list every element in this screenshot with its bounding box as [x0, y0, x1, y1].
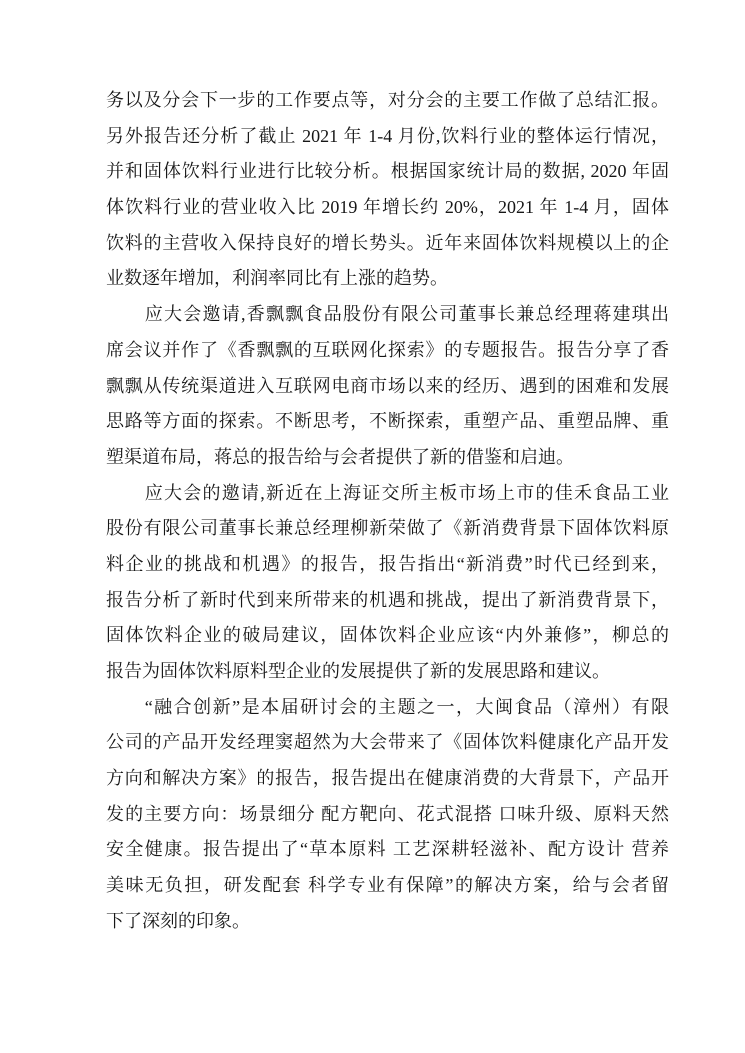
text-line: 体饮料行业的营业收入比 2019 年增长约 20%，2021 年 1-4 月，固… [106, 190, 669, 226]
text-line: 料企业的挑战和机遇》的报告，报告指出“新消费”时代已经到来， [106, 547, 669, 583]
text-line: 方向和解决方案》的报告，报告提出在健康消费的大背景下，产品开 [106, 761, 669, 797]
text-line: 塑渠道布局，蒋总的报告给与会者提供了新的借鉴和启迪。 [106, 440, 669, 476]
paragraph: 应大会的邀请,新近在上海证交所主板市场上市的佳禾食品工业股份有限公司董事长兼总经… [106, 476, 669, 690]
text-line: 席会议并作了《香飘飘的互联网化探索》的专题报告。报告分享了香 [106, 333, 669, 369]
text-line: 务以及分会下一步的工作要点等，对分会的主要工作做了总结汇报。 [106, 83, 669, 119]
text-line: 发的主要方向：场景细分 配方靶向、花式混搭 口味升级、原料天然 [106, 797, 669, 833]
text-line: 应大会的邀请,新近在上海证交所主板市场上市的佳禾食品工业 [106, 476, 669, 512]
text-line: 思路等方面的探索。不断思考，不断探索，重塑产品、重塑品牌、重 [106, 404, 669, 440]
text-line: 另外报告还分析了截止 2021 年 1-4 月份,饮料行业的整体运行情况， [106, 119, 669, 155]
text-line: 并和固体饮料行业进行比较分析。根据国家统计局的数据, 2020 年固 [106, 154, 669, 190]
text-line: 飘飘从传统渠道进入互联网电商市场以来的经历、遇到的困难和发展 [106, 369, 669, 405]
paragraph: “融合创新”是本届研讨会的主题之一，大闽食品（漳州）有限公司的产品开发经理窦超然… [106, 690, 669, 940]
text-line: 固体饮料企业的破局建议，固体饮料企业应该“内外兼修”，柳总的 [106, 618, 669, 654]
text-block: 务以及分会下一步的工作要点等，对分会的主要工作做了总结汇报。另外报告还分析了截止… [106, 83, 669, 940]
text-line: 应大会邀请,香飘飘食品股份有限公司董事长兼总经理蒋建琪出 [106, 297, 669, 333]
text-line: 业数逐年增加，利润率同比有上涨的趋势。 [106, 261, 669, 297]
document-page: 务以及分会下一步的工作要点等，对分会的主要工作做了总结汇报。另外报告还分析了截止… [0, 0, 745, 1053]
text-line: “融合创新”是本届研讨会的主题之一，大闽食品（漳州）有限 [106, 690, 669, 726]
text-line: 饮料的主营收入保持良好的增长势头。近年来固体饮料规模以上的企 [106, 226, 669, 262]
text-line: 报告分析了新时代到来所带来的机遇和挑战，提出了新消费背景下， [106, 583, 669, 619]
text-line: 美味无负担，研发配套 科学专业有保障”的解决方案，给与会者留 [106, 868, 669, 904]
text-line: 安全健康。报告提出了“草本原料 工艺深耕轻滋补、配方设计 营养 [106, 832, 669, 868]
text-line: 报告为固体饮料原料型企业的发展提供了新的发展思路和建议。 [106, 654, 669, 690]
paragraph: 应大会邀请,香飘飘食品股份有限公司董事长兼总经理蒋建琪出席会议并作了《香飘飘的互… [106, 297, 669, 475]
text-line: 股份有限公司董事长兼总经理柳新荣做了《新消费背景下固体饮料原 [106, 511, 669, 547]
text-line: 公司的产品开发经理窦超然为大会带来了《固体饮料健康化产品开发 [106, 725, 669, 761]
paragraph: 务以及分会下一步的工作要点等，对分会的主要工作做了总结汇报。另外报告还分析了截止… [106, 83, 669, 297]
text-line: 下了深刻的印象。 [106, 904, 669, 940]
